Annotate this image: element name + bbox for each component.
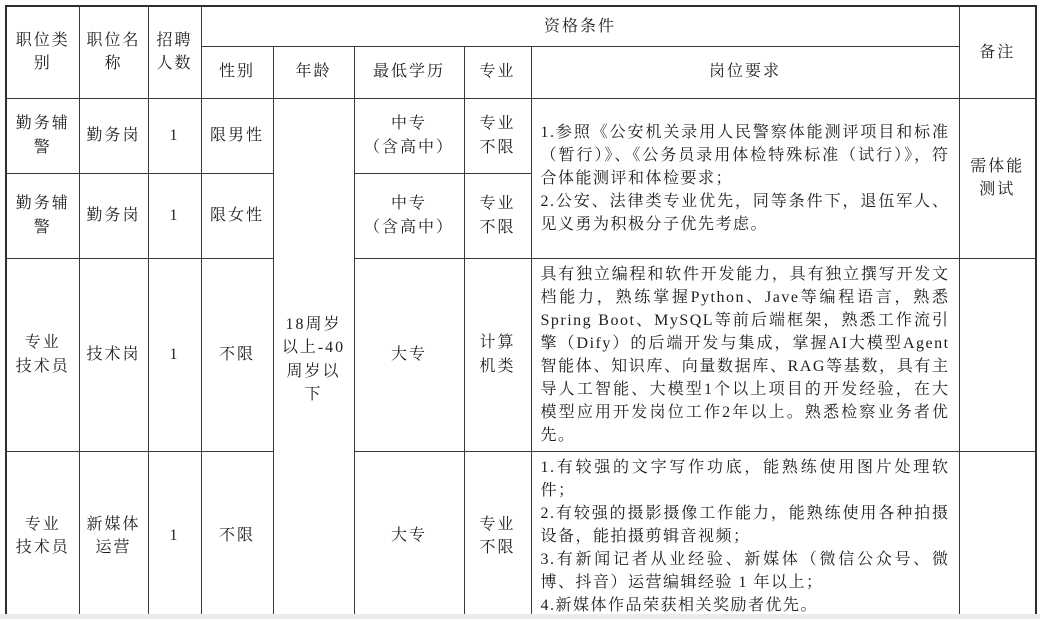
cell-requirements: 具有独立编程和软件开发能力，具有独立撰写开发文档能力，熟练掌握Python、Ja… [531, 258, 959, 451]
cell-category: 勤务辅 警 [6, 98, 79, 173]
table-row: 专业 技术员 新媒体 运营 1 不限 大专 专业 不限 1.有较强的文字写作功底… [6, 451, 1036, 619]
header-gender: 性别 [201, 46, 273, 98]
header-position-category: 职位类 别 [6, 6, 79, 98]
cell-remarks [959, 451, 1036, 619]
cell-education: 大专 [354, 451, 464, 619]
cell-major: 计算 机类 [464, 258, 531, 451]
cell-position-name: 技术岗 [79, 258, 148, 451]
cell-category: 专业 技术员 [6, 451, 79, 619]
cell-gender: 不限 [201, 258, 273, 451]
cell-position-name: 新媒体 运营 [79, 451, 148, 619]
cell-count: 1 [148, 98, 201, 173]
cell-education: 大专 [354, 258, 464, 451]
cell-education: 中专 （含高中） [354, 173, 464, 258]
table-row: 勤务辅 警 勤务岗 1 限男性 18周岁 以上-40 周岁以 下 中专 （含高中… [6, 98, 1036, 173]
cell-count: 1 [148, 173, 201, 258]
cell-education: 中专 （含高中） [354, 98, 464, 173]
header-education: 最低学历 [354, 46, 464, 98]
cell-requirements-merged: 1.参照《公安机关录用人民警察体能测评项目和标准（暂行）》、《公务员录用体检特殊… [531, 98, 959, 258]
header-position-name: 职位名 称 [79, 6, 148, 98]
cell-major: 专业 不限 [464, 173, 531, 258]
cell-major: 专业 不限 [464, 451, 531, 619]
cell-position-name: 勤务岗 [79, 173, 148, 258]
cell-remarks [959, 258, 1036, 451]
cell-count: 1 [148, 451, 201, 619]
cell-category: 专业 技术员 [6, 258, 79, 451]
header-age: 年龄 [273, 46, 354, 98]
page: 职位类 别 职位名 称 招聘 人数 资格条件 备注 性别 年龄 最低学历 专业 … [0, 0, 1040, 619]
cell-position-name: 勤务岗 [79, 98, 148, 173]
cell-age-merged: 18周岁 以上-40 周岁以 下 [273, 98, 354, 619]
cell-major: 专业 不限 [464, 98, 531, 173]
page-edge [0, 614, 1040, 619]
cell-gender: 限女性 [201, 173, 273, 258]
header-remarks: 备注 [959, 6, 1036, 98]
cell-requirements: 1.有较强的文字写作功底，能熟练使用图片处理软件； 2.有较强的摄影摄像工作能力… [531, 451, 959, 619]
table-row: 专业 技术员 技术岗 1 不限 大专 计算 机类 具有独立编程和软件开发能力，具… [6, 258, 1036, 451]
header-major: 专业 [464, 46, 531, 98]
recruitment-table: 职位类 别 职位名 称 招聘 人数 资格条件 备注 性别 年龄 最低学历 专业 … [5, 5, 1037, 619]
header-qualifications: 资格条件 [201, 6, 959, 46]
header-recruit-count: 招聘 人数 [148, 6, 201, 98]
cell-count: 1 [148, 258, 201, 451]
cell-category: 勤务辅 警 [6, 173, 79, 258]
cell-remarks-merged: 需体能 测试 [959, 98, 1036, 258]
header-requirements: 岗位要求 [531, 46, 959, 98]
cell-gender: 限男性 [201, 98, 273, 173]
cell-gender: 不限 [201, 451, 273, 619]
